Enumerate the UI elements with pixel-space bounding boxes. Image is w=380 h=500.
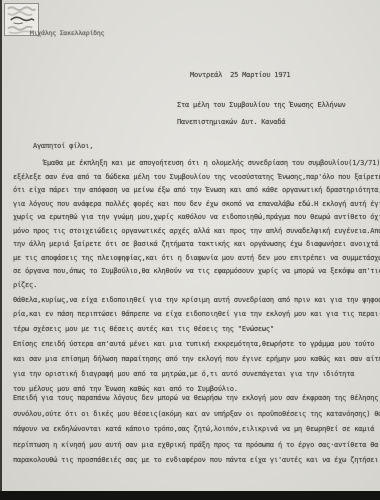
scan-bottom-edge: [0, 491, 380, 500]
salutation: Αγαπητοί φίλοι,: [33, 140, 93, 154]
paragraph-3: Επίσης επειδή ύστερα απ'αυτά μένει και μ…: [13, 337, 375, 397]
scan-left-edge: [0, 0, 2, 500]
paragraph-1: Έμαθα με έκπληξη και με απογοήτευση ότι …: [13, 157, 375, 292]
date-line: Μοντρεάλ 25 Μαρτίου 1971: [190, 69, 290, 83]
scanned-letter-page: Μιχάλης Σακελλαρίδης Μοντρεάλ 25 Μαρτίου…: [0, 0, 380, 500]
recipient-line-1: Στα μέλη του Συμβουλίου της Ένωσης Ελλήν…: [177, 99, 346, 113]
paragraph-2: Θάθελα,κυρίως,να είχα ειδοποιηθεί για τη…: [13, 293, 375, 336]
recipient-line-2: Πανεπιστημιακών Δυτ. Καναδά: [177, 116, 285, 130]
paragraph-4: Επειδή για τους παραπάνω λόγους δεν μπορ…: [13, 391, 375, 469]
sender-name: Μιχάλης Σακελλαρίδης: [30, 27, 104, 41]
